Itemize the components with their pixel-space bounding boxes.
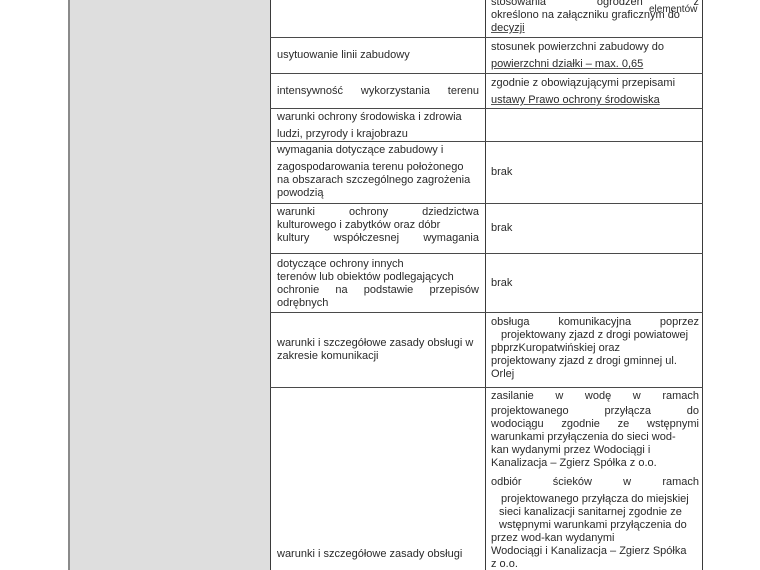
row-label: intensywność wykorzystania terenu — [270, 74, 485, 108]
table-row: warunki i szczegółowe zasady obsługi zas… — [270, 387, 703, 570]
value-line: określono na załączniku graficznym do el… — [491, 9, 699, 22]
label-line: terenów lub obiektów podlegających — [277, 271, 479, 284]
value-line: kan wydanymi przez Wodociągi i — [491, 444, 699, 457]
label-line: warunki ochrony dziedzictwa — [277, 206, 479, 219]
label-line: dotyczące ochrony innych — [277, 258, 479, 271]
row-value — [485, 109, 703, 141]
table-row: warunki ochrony dziedzictwa kulturowego … — [270, 203, 703, 253]
label-line: odrębnych — [277, 297, 479, 310]
row-value: obsługa komunikacyjna poprzez projektowa… — [485, 313, 703, 387]
row-value: brak — [485, 142, 703, 203]
value-line: projektowany zjazd z drogi powiatowej — [491, 329, 699, 342]
label-text: warunki i szczegółowe zasady obsługi — [277, 548, 479, 561]
row-label: warunki i szczegółowe zasady obsługi w z… — [270, 313, 485, 387]
label-text: usytuowanie linii zabudowy — [277, 49, 410, 62]
value-line: zasilanie w wodę w ramach — [491, 390, 699, 403]
value-text: brak — [491, 222, 512, 235]
value-line: Kanalizacja – Zgierz Spółka z o.o. — [491, 457, 699, 470]
value-line: stosunek powierzchni zabudowy do — [491, 41, 699, 54]
value-text: brak — [491, 166, 512, 179]
water-supply-block: zasilanie w wodę w ramach projektowanego… — [491, 390, 699, 470]
row-value: stosowania ogrodzeń z określono na załąc… — [485, 0, 703, 37]
row-value: stosunek powierzchni zabudowy do powierz… — [485, 38, 703, 73]
label-line: powodzią — [277, 187, 479, 200]
row-label: warunki i szczegółowe zasady obsługi — [270, 388, 485, 570]
value-line: wodociągu zgodnie ze wstępnymi — [491, 418, 699, 431]
label-line: kultury współczesnej wymagania — [277, 232, 479, 245]
value-line: pbprzKuropatwińskiej oraz — [491, 342, 699, 355]
value-line: decyzji — [491, 22, 699, 35]
table-row: wymagania dotyczące zabudowy i zagospoda… — [270, 141, 703, 203]
row-value: zasilanie w wodę w ramach projektowanego… — [485, 388, 703, 570]
value-line: projektowany zjazd z drogi gminnej ul. — [491, 355, 699, 368]
row-label: wymagania dotyczące zabudowy i zagospoda… — [270, 142, 485, 203]
label-line: ludzi, przyrody i krajobrazu — [277, 128, 479, 141]
label-line: na obszarach szczególnego zagrożenia — [277, 174, 479, 187]
sewage-block: odbiór ścieków w ramach projektowanego p… — [491, 476, 699, 570]
conditions-table: stosowania ogrodzeń z określono na załąc… — [270, 0, 703, 570]
value-line: odbiór ścieków w ramach — [491, 476, 699, 489]
row-label: warunki ochrony środowiska i zdrowia lud… — [270, 109, 485, 141]
row-label: dotyczące ochrony innych terenów lub obi… — [270, 254, 485, 312]
table-row: warunki ochrony środowiska i zdrowia lud… — [270, 108, 703, 141]
value-line: obsługa komunikacyjna poprzez — [491, 316, 699, 329]
row-value: brak — [485, 254, 703, 312]
label-text: intensywność wykorzystania terenu — [277, 85, 479, 98]
table-row: intensywność wykorzystania terenu zgodni… — [270, 73, 703, 108]
table-row: warunki i szczegółowe zasady obsługi w z… — [270, 312, 703, 387]
row-value: brak — [485, 204, 703, 253]
table-row: dotyczące ochrony innych terenów lub obi… — [270, 253, 703, 312]
value-line: Wodociągi i Kanalizacja – Zgierz Spółka — [491, 545, 699, 558]
gray-margin-panel — [68, 0, 270, 570]
value-line: Orlej — [491, 368, 699, 381]
overlapping-text: elementów — [649, 3, 697, 16]
table-row: stosowania ogrodzeń z określono na załąc… — [270, 0, 703, 37]
value-line: z o.o. — [491, 558, 699, 570]
table-row: usytuowanie linii zabudowy stosunek powi… — [270, 37, 703, 73]
row-label: usytuowanie linii zabudowy — [270, 38, 485, 73]
label-line: ochronie na podstawie przepisów — [277, 284, 479, 297]
value-line: ustawy Prawo ochrony środowiska — [491, 94, 699, 107]
value-line: projektowanego przyłącza do miejskiej — [491, 493, 699, 506]
value-line: projektowanego przyłącza do — [491, 405, 699, 418]
value-line: sieci kanalizacji sanitarnej zgodnie ze — [491, 506, 699, 519]
label-text: warunki i szczegółowe zasady obsługi w z… — [277, 337, 479, 363]
value-line: wstępnymi warunkami przyłączenia do — [491, 519, 699, 532]
value-line: zgodnie z obowiązującymi przepisami — [491, 77, 699, 90]
value-line: przez wod-kan wydanymi — [491, 532, 699, 545]
value-text: brak — [491, 277, 512, 290]
label-line: zagospodarowania terenu położonego — [277, 161, 479, 174]
value-line: warunkami przyłączenia do sieci wod- — [491, 431, 699, 444]
label-line: wymagania dotyczące zabudowy i — [277, 144, 479, 157]
label-line: kulturowego i zabytków oraz dóbr — [277, 219, 479, 232]
label-line: warunki ochrony środowiska i zdrowia — [277, 111, 479, 124]
value-line: powierzchni działki – max. 0,65 — [491, 58, 699, 71]
row-value: zgodnie z obowiązującymi przepisami usta… — [485, 74, 703, 108]
row-label — [270, 0, 485, 37]
row-label: warunki ochrony dziedzictwa kulturowego … — [270, 204, 485, 253]
